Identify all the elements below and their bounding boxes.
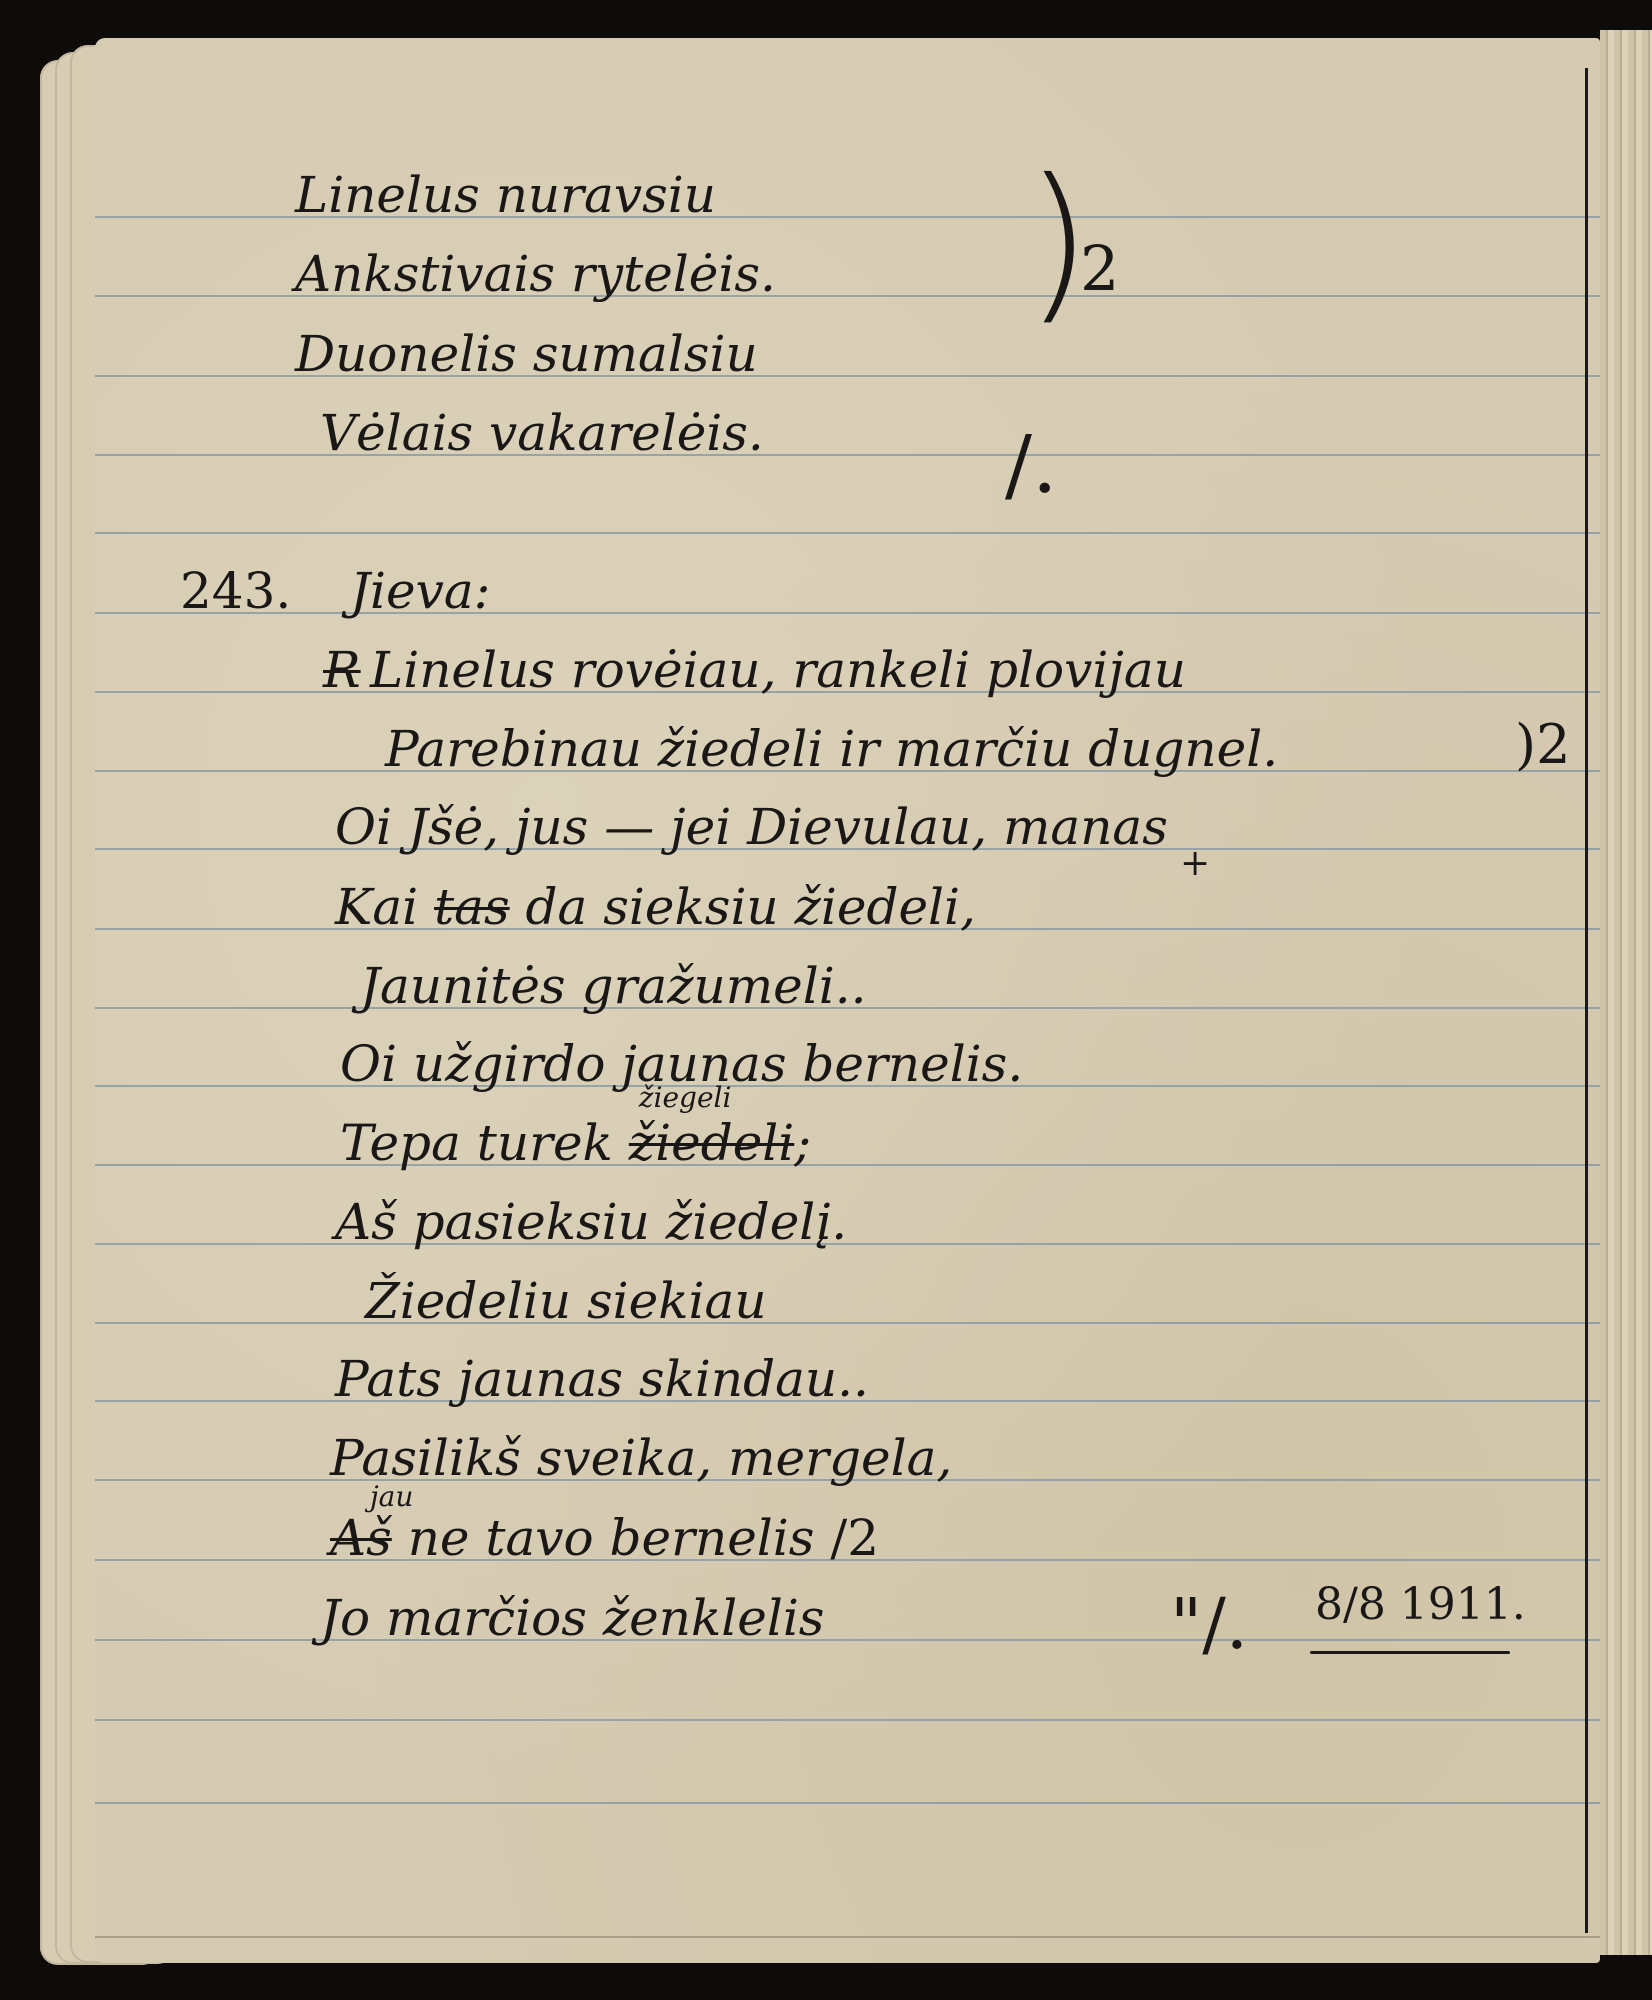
end-mark: "/.: [1170, 1583, 1248, 1665]
repeat-mark: )2: [1515, 718, 1570, 772]
correction-above: jau: [370, 1483, 413, 1511]
crossed-prefix: R: [323, 645, 361, 695]
ruled-line: [95, 532, 1600, 534]
facing-page-edge: [1600, 30, 1652, 1955]
repeat-count: 2: [1080, 238, 1119, 300]
ruled-line: [95, 1719, 1600, 1721]
notebook-page: Linelus nuravsiu Ankstivais rytelėis. Du…: [95, 38, 1600, 1963]
page-bottom-edge: [95, 1936, 1600, 1938]
verse-text: Kai: [335, 878, 418, 936]
date-underline: [1310, 1651, 1510, 1654]
crossed-word: Aš: [330, 1509, 392, 1567]
ruled-line: [95, 1802, 1600, 1804]
repeat-mark: /2: [830, 1509, 879, 1567]
verse-line: Linelus rovėiau, rankeli plovijau: [370, 645, 1186, 695]
verse-line: Žiedeliu siekiau: [365, 1276, 767, 1326]
verse-line: Jaunitės gražumeli..: [360, 961, 867, 1011]
verse-line: Kai tas da sieksiu žiedeli,: [335, 882, 976, 932]
verse-line: Tepa turek žiegeli žiedeli ;: [340, 1118, 811, 1168]
verse-line: Parebinau žiedeli ir marčiu dugnel.: [385, 724, 1278, 774]
verse-line: jau Aš ne tavo bernelis /2: [330, 1513, 879, 1563]
verse-line: Linelus nuravsiu: [295, 170, 716, 220]
end-mark: /.: [1005, 418, 1057, 511]
ruled-line: [95, 612, 1600, 614]
verse-line: Duonelis sumalsiu: [295, 329, 758, 379]
verse-text: Tepa turek: [340, 1114, 613, 1172]
song-number: 243.: [180, 566, 291, 616]
verse-line: Ankstivais rytelėis.: [295, 249, 776, 299]
verse-text: da sieksiu žiedeli,: [526, 878, 976, 936]
date: 8/8 1911.: [1315, 1583, 1526, 1627]
verse-line: Jo marčios ženklelis: [320, 1593, 824, 1643]
ruled-line: [95, 1164, 1600, 1166]
crossed-word: tas: [434, 878, 510, 936]
verse-line: Oi Jšė, jus — jei Dievulau, manas: [335, 802, 1168, 852]
verse-text: ;: [794, 1114, 811, 1172]
ruled-line: [95, 1322, 1600, 1324]
song-title: Jieva:: [350, 566, 491, 616]
crossed-word: žiedeli: [629, 1114, 795, 1172]
verse-line: Vėlais vakarelėis.: [320, 408, 764, 458]
verse-line: Pasilikš sveika, mergela,: [330, 1433, 952, 1483]
verse-line: Pats jaunas skindau..: [335, 1354, 869, 1404]
verse-text: ne tavo bernelis: [408, 1509, 815, 1567]
binding-gutter: [1585, 68, 1588, 1933]
insertion-mark: +: [1180, 843, 1210, 884]
verse-line: Aš pasieksiu žiedelį.: [335, 1197, 847, 1247]
ruled-line: [95, 1243, 1600, 1245]
correction-above: žiegeli: [639, 1084, 732, 1112]
